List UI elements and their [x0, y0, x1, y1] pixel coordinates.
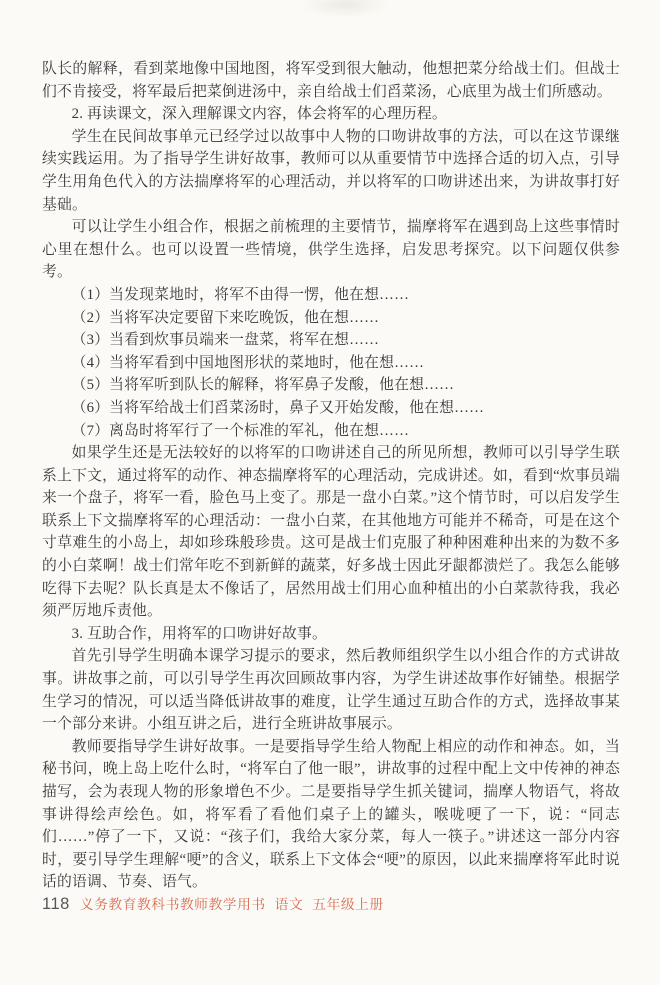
paragraph: 教师要指导学生讲好故事。一是要指导学生给人物配上相应的动作和神态。如，当秘书问，…: [42, 736, 620, 894]
book-page: 队长的解释，看到菜地像中国地图，将军受到很大触动，他想把菜分给战士们。但战士们不…: [0, 0, 660, 985]
list-item-1: （1）当发现菜地时，将军不由得一愣，他在想……: [42, 284, 620, 307]
list-item-5: （5）当将军听到队长的解释，将军鼻子发酸，他在想……: [42, 374, 620, 397]
list-item-6: （6）当将军给战士们舀菜汤时，鼻子又开始发酸，他在想……: [42, 397, 620, 420]
paragraph: 如果学生还是无法较好的以将军的口吻讲述自己的所见所想，教师可以引导学生联系上下文…: [42, 442, 620, 623]
paragraph: 学生在民间故事单元已经学过以故事中人物的口吻讲故事的方法，可以在这节课继续实践运…: [42, 126, 620, 216]
list-item-7: （7）离岛时将军行了一个标准的军礼，他在想……: [42, 420, 620, 443]
paragraph-continuation: 队长的解释，看到菜地像中国地图，将军受到很大触动，他想把菜分给战士们。但战士们不…: [42, 58, 620, 103]
paragraph: 可以让学生小组合作，根据之前梳理的主要情节，揣摩将军在遇到岛上这些事情时心里在想…: [42, 216, 620, 284]
page-body-text: 队长的解释，看到菜地像中国地图，将军受到很大触动，他想把菜分给战士们。但战士们不…: [42, 58, 620, 894]
list-item-3: （3）当看到炊事员端来一盘菜，将军在想……: [42, 329, 620, 352]
footer-subject: 语文: [275, 893, 304, 913]
paragraph: 首先引导学生明确本课学习提示的要求，然后教师组织学生以小组合作的方式讲故事。讲故…: [42, 645, 620, 735]
footer-book-title: 义务教育教科书教师教学用书: [80, 893, 266, 913]
step-heading-2: 2. 再读课文，深入理解课文内容，体会将军的心理历程。: [42, 103, 620, 126]
step-heading-3: 3. 互助合作，用将军的口吻讲好故事。: [42, 623, 620, 646]
page-footer: 118 义务教育教科书教师教学用书 语文 五年级上册: [42, 893, 620, 914]
list-item-2: （2）当将军决定要留下来吃晚饭，他在想……: [42, 307, 620, 330]
list-item-4: （4）当将军看到中国地图形状的菜地时，他在想……: [42, 352, 620, 375]
page-number: 118: [42, 895, 70, 914]
footer-volume: 五年级上册: [312, 893, 383, 913]
footer-book-info: 义务教育教科书教师教学用书 语文 五年级上册: [80, 893, 384, 913]
scan-smudge: [300, 0, 390, 18]
